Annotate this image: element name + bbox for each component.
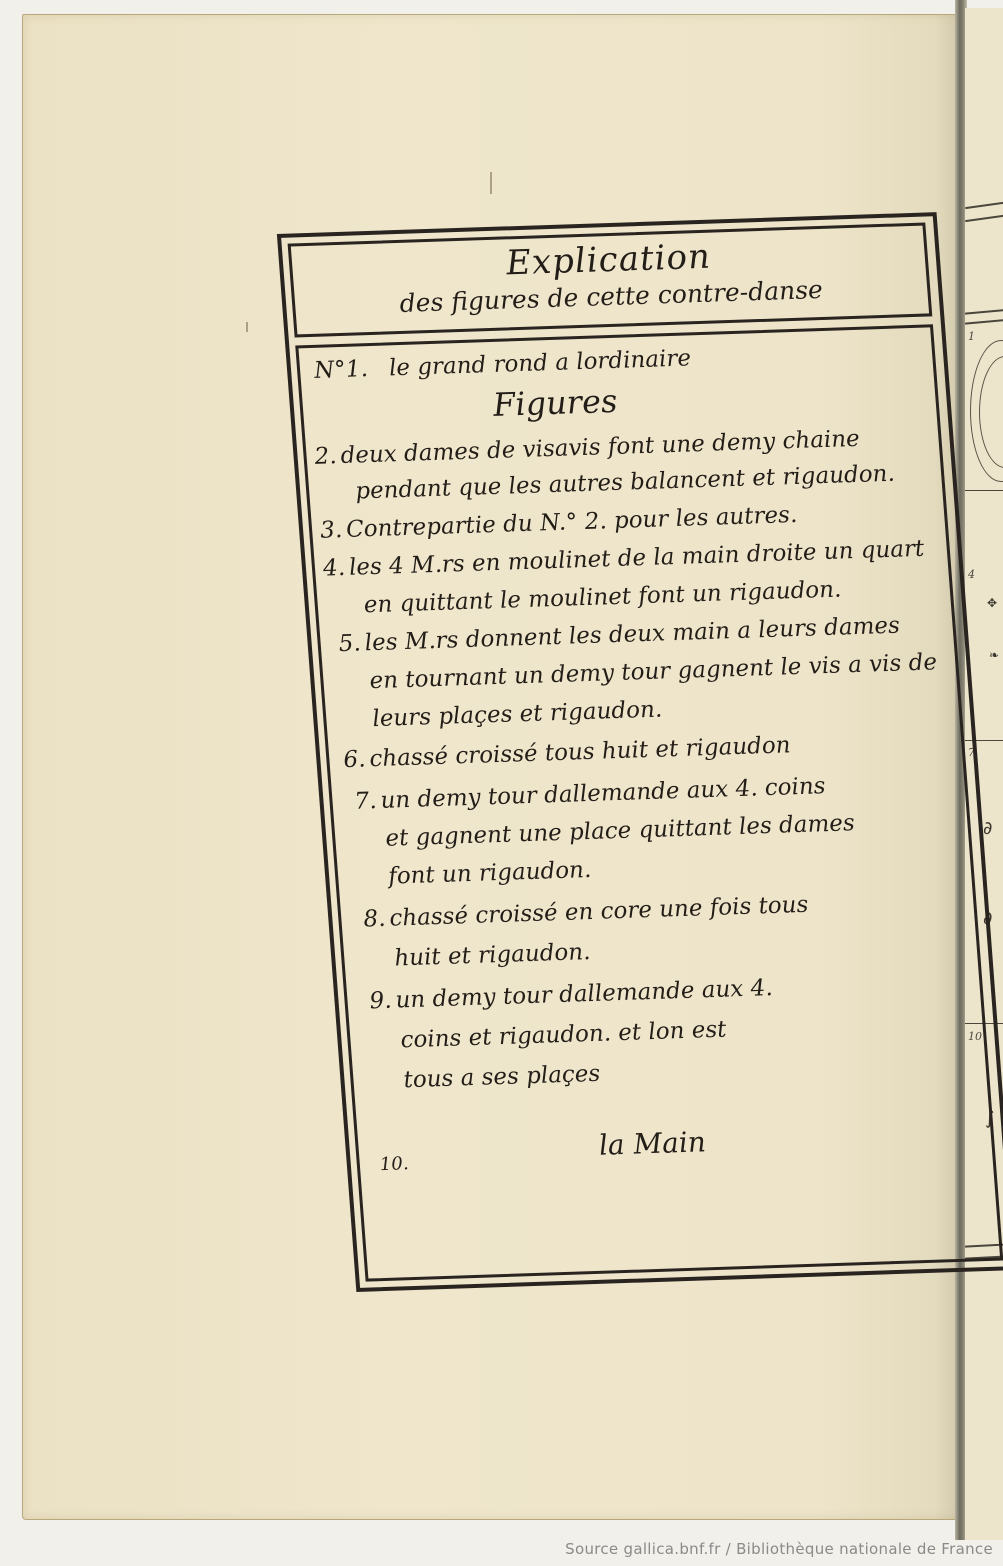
entry-line: les M.rs donnent les deux main a leurs d…	[364, 613, 901, 657]
source-caption: Source gallica.bnf.fr / Bibliothèque nat…	[565, 1540, 993, 1558]
figure-number: 1	[968, 330, 975, 343]
entry-8: 8.chassé croissé en core une fois tous	[362, 890, 809, 935]
entry-line: chassé croissé en core une fois tous	[388, 892, 809, 932]
entry-line: un demy tour dallemande aux 4.	[395, 975, 774, 1013]
entry-5-cont: leurs plaçes et rigaudon.	[371, 695, 663, 735]
entry-9: 9.un demy tour dallemande aux 4.	[368, 973, 773, 1016]
entry-line: un demy tour dallemande aux 4. coins	[380, 773, 827, 814]
entry-line: font un rigaudon.	[387, 857, 592, 890]
entry-1: N°1. le grand rond a lordinaire	[313, 343, 692, 385]
entry-3: 3.Contrepartie du N.° 2. pour les autres…	[319, 500, 798, 546]
entry-line: et gagnent une place quittant les dames	[384, 810, 855, 852]
entry-number: 3.	[319, 515, 347, 546]
entry-number: 4.	[322, 553, 350, 584]
entry-number: 7.	[353, 786, 381, 817]
entry-line: en quittant le moulinet font un rigaudon…	[363, 577, 842, 619]
entry-line: chassé croissé tous huit et rigaudon	[368, 732, 791, 772]
entry-4-cont: en quittant le moulinet font un rigaudon…	[363, 575, 843, 621]
figures-list: N°1. le grand rond a lordinaire Figures …	[295, 324, 1003, 1281]
dancer-mark: ❧	[989, 648, 999, 662]
section-heading: Figures	[492, 382, 619, 424]
entry-6: 6.chassé croissé tous huit et rigaudon	[342, 730, 791, 775]
entry-line: en tournant un demy tour gagnent le vis …	[369, 649, 938, 694]
dancer-mark: ✥	[987, 596, 997, 610]
entry-line: tous a ses plaçes	[403, 1061, 602, 1093]
entry-number: 9.	[368, 986, 396, 1017]
entry-7: 7.un demy tour dallemande aux 4. coins	[353, 771, 826, 817]
entry-10-number: 10.	[379, 1153, 409, 1175]
entry-number: 6.	[342, 744, 370, 775]
ink-stain	[246, 322, 248, 332]
ink-stain	[490, 172, 492, 194]
entry-number: 2.	[314, 441, 342, 472]
entry-number: N°1.	[313, 354, 369, 386]
entry-7-cont: et gagnent une place quittant les dames	[384, 808, 855, 854]
entry-number: 8.	[362, 904, 390, 935]
entry-line: coins et rigaudon. et lon est	[400, 1017, 728, 1054]
engraved-frame: Explication des figures de cette contre-…	[275, 191, 1003, 1295]
entry-number: 5.	[338, 628, 366, 659]
entry-line: leurs plaçes et rigaudon.	[371, 697, 663, 733]
entry-line: Contrepartie du N.° 2. pour les autres.	[345, 502, 798, 543]
engraver-signature: la Main	[598, 1125, 707, 1161]
entry-9-cont: tous a ses plaçes	[402, 1059, 601, 1095]
entry-text: le grand rond a lordinaire	[388, 345, 692, 381]
entry-line: huit et rigaudon.	[393, 939, 591, 971]
entry-8-cont: huit et rigaudon.	[393, 937, 591, 973]
entry-9-cont: coins et rigaudon. et lon est	[399, 1015, 727, 1056]
entry-7-cont: font un rigaudon.	[387, 855, 592, 892]
